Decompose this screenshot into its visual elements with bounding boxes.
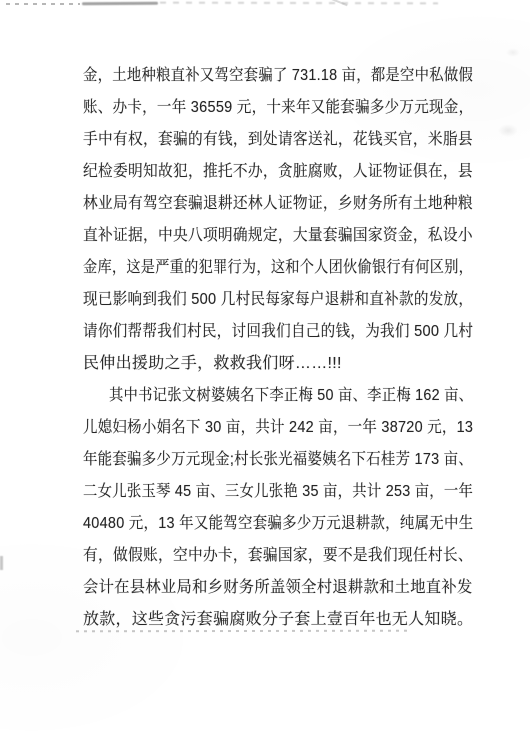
text-line: 40480 元，13 年又能驾空套骗多少万元退耕款，纯属无中生	[83, 508, 473, 540]
text-line: 儿媳妇杨小娟名下 30 亩，共计 242 亩，一年 38720 元，13	[83, 412, 473, 444]
text-line: 民伸出援助之手，救救我们呀……!!!	[83, 348, 342, 380]
text-line: 会计在县林业局和乡财务所盖领全村退耕款和土地直补发	[83, 572, 473, 604]
scan-streak-artifact	[160, 2, 438, 5]
text-line: 放款，这些贪污套骗腐败分子套上壹百年也无人知晓。	[83, 604, 473, 636]
scan-edge-mark-artifact	[0, 556, 3, 570]
text-line: 金，土地种粮直补又驾空套骗了 731.18 亩，都是空中私做假	[83, 60, 473, 92]
text-line: 年能套骗多少万元现金;村长张光福婆姨名下石桂芳 173 亩、	[83, 444, 473, 476]
scan-streak-artifact	[6, 3, 80, 5]
scan-smudge-artifact	[498, 124, 518, 137]
document-text-block: 金，土地种粮直补又驾空套骗了 731.18 亩，都是空中私做假账、办卡，一年 3…	[83, 60, 473, 636]
scan-streak-artifact	[82, 2, 158, 6]
text-line: 林业局有驾空套骗退耕还林人证物证，乡财务所有土地种粮	[83, 188, 473, 220]
text-line: 有，做假账，空中办卡，套骗国家，要不是我们现任村长、	[83, 540, 473, 572]
text-line: 现已影响到我们 500 几村民每家每户退耕和直补款的发放，	[83, 284, 473, 316]
text-line: 二女儿张玉琴 45 亩、三女儿张艳 35 亩，共计 253 亩，一年	[83, 476, 473, 508]
text-line: 请你们帮帮我们村民，讨回我们自己的钱，为我们 500 几村	[83, 316, 473, 348]
text-line: 直补证据，中央八项明确规定，大量套骗国家资金，私设小	[83, 220, 473, 252]
text-line: 金库，这是严重的犯罪行为，这和个人团伙偷银行有何区别，	[83, 252, 473, 284]
text-line: 其中书记张文树婆姨名下李正梅 50 亩、李正梅 162 亩、	[83, 380, 473, 412]
text-line: 手中有权，套骗的有钱，到处请客送礼，花钱买官，米脂县	[83, 124, 473, 156]
scan-smudge-artifact	[506, 48, 520, 57]
text-line: 纪检委明知故犯，推托不办，贪脏腐败，人证物证俱在，县	[83, 156, 473, 188]
scanned-document-page: 金，土地种粮直补又驾空套骗了 731.18 亩，都是空中私做假账、办卡，一年 3…	[0, 0, 530, 750]
scan-streak-artifact	[330, 0, 347, 6]
text-line: 账、办卡，一年 36559 元，十来年又能套骗多少万元现金，	[83, 92, 473, 124]
